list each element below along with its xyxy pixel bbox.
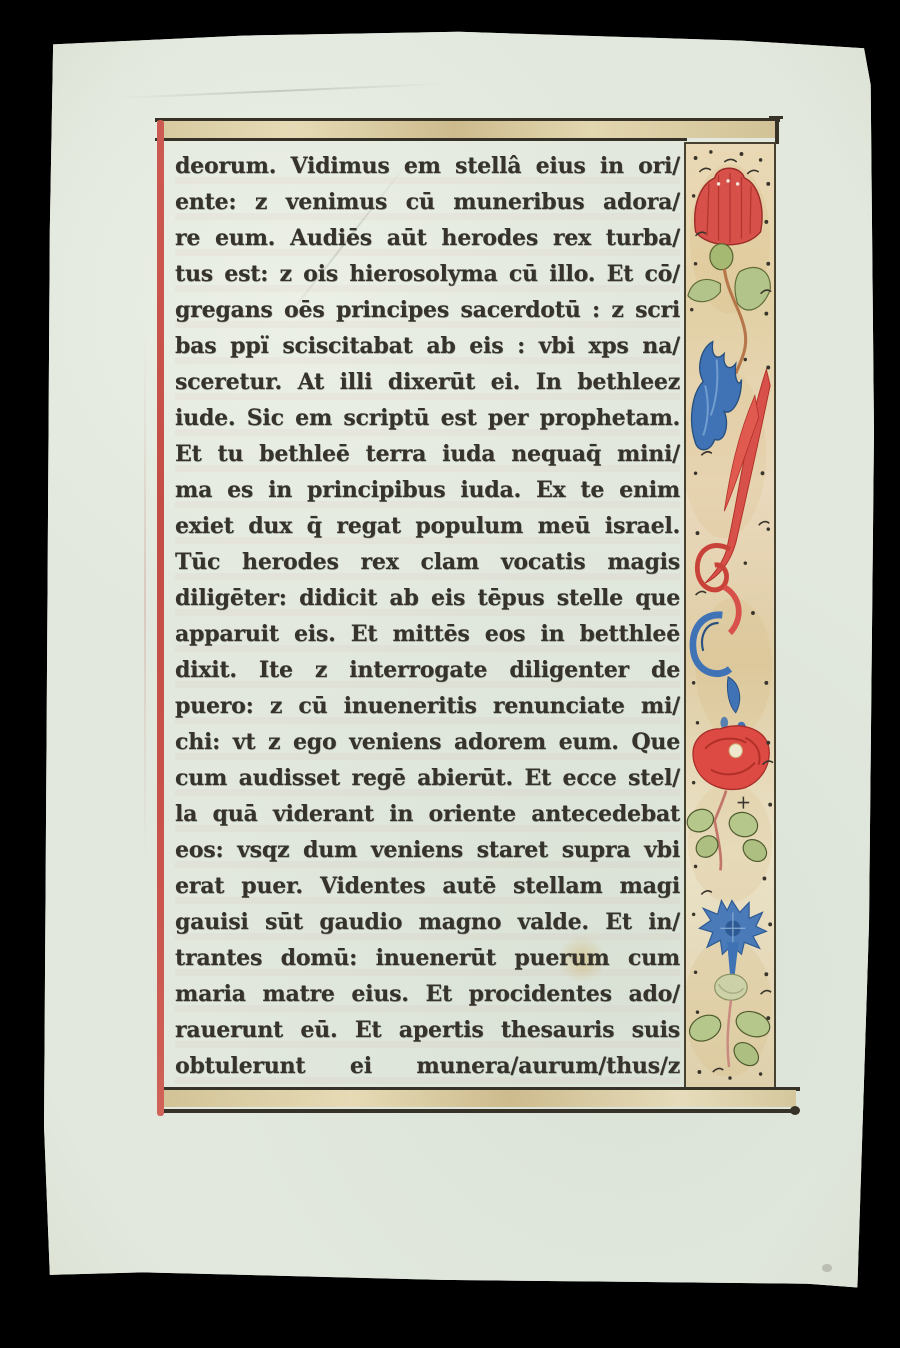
frame-gold-band-bottom	[160, 1090, 796, 1107]
text-line: trantes domū: inuenerūt puerum cum	[175, 940, 680, 976]
text-line: erat puer. Videntes autē stellam magi	[175, 868, 680, 904]
text-line: cum audisset regē abierūt. Et ecce stel/	[175, 760, 680, 796]
text-line: ente: z venimus cū muneribus adora/	[175, 184, 680, 220]
parchment-smudge	[822, 1264, 832, 1272]
text-line: la quā viderant in oriente antecedebat	[175, 796, 680, 832]
text-line: iude. Sic em scriptū est per prophetam.	[175, 400, 680, 436]
text-line: re eum. Audiēs aūt herodes rex turba/	[175, 220, 680, 256]
text-line: apparuit eis. Et mittēs eos in betthleē	[175, 616, 680, 652]
frame-rule-end-blob	[790, 1106, 800, 1115]
text-line: Et tu bethleē terra iuda nequaq̄ mini/	[175, 436, 680, 472]
frame-corner-hook	[775, 118, 779, 144]
text-line: rauerunt eū. Et apertis thesauris suis	[175, 1012, 680, 1048]
text-line: eos: vsqz dum veniens staret supra vbi	[175, 832, 680, 868]
blackletter-text-column: deorum. Vidimus em stellâ eius in ori/ e…	[175, 148, 680, 1084]
text-line: gregans oēs principes sacerdotū : z scri	[175, 292, 680, 328]
text-line: exiet dux q̄ regat populum meū israel.	[175, 508, 680, 544]
text-line: tus est: z ois hierosolyma cū illo. Et c…	[175, 256, 680, 292]
manuscript-leaf: deorum. Vidimus em stellâ eius in ori/ e…	[44, 28, 874, 1290]
parchment-crease	[114, 83, 444, 99]
text-line: sceretur. At illi dixerūt ei. In bethlee…	[175, 364, 680, 400]
frame-rule-bottom-outer	[158, 1109, 798, 1113]
photograph-black-backdrop: deorum. Vidimus em stellâ eius in ori/ e…	[0, 0, 900, 1348]
text-line: dixit. Ite z interrogate diligenter de	[175, 652, 680, 688]
red-bounding-line	[157, 120, 164, 1116]
frame-gold-band-top	[157, 121, 777, 138]
text-line: chi: vt z ego veniens adorem eum. Que	[175, 724, 680, 760]
frame-rule-top-inner	[155, 138, 687, 141]
frame-corner-hook	[769, 116, 783, 119]
parchment-crease	[144, 328, 146, 868]
text-line: deorum. Vidimus em stellâ eius in ori/	[175, 148, 680, 184]
text-line: obtulerunt ei munera/aurum/thus/z	[175, 1048, 680, 1084]
text-line: bas ppï sciscitabat ab eis : vbi xps na/	[175, 328, 680, 364]
illuminated-border-panel	[684, 142, 776, 1087]
text-line: puero: z cū inueneritis renunciate mi/	[175, 688, 680, 724]
text-line: ma es in principibus iuda. Ex te enim	[175, 472, 680, 508]
text-line: maria matre eius. Et procidentes ado/	[175, 976, 680, 1012]
text-line: diligēter: didicit ab eis tēpus stelle q…	[175, 580, 680, 616]
text-line: gauisi sūt gaudio magno valde. Et in/	[175, 904, 680, 940]
text-line: Tūc herodes rex clam vocatis magis	[175, 544, 680, 580]
border-illumination	[686, 144, 774, 1087]
